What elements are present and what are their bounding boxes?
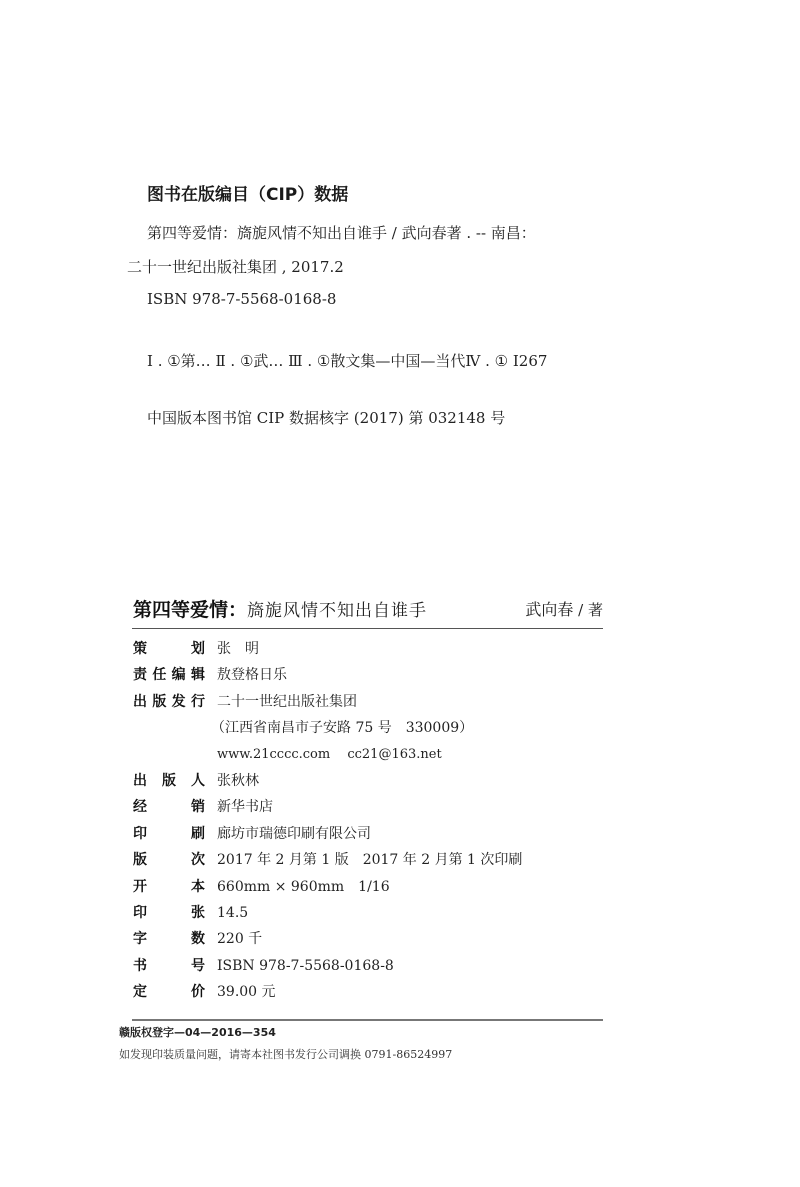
book-subtitle: 旖旎风情不知出自谁手 [247,601,427,621]
book-title-line: 第四等爱情：旖旎风情不知出自谁手 [133,595,427,622]
info-label: 印 刷 [133,821,205,847]
info-row-edition: 版 次 2017 年 2 月第 1 版 2017 年 2 月第 1 次印刷 [133,847,603,873]
info-label: 版 次 [133,847,205,873]
info-value: 660mm × 960mm 1/16 [217,874,390,900]
info-value: 220 千 [217,926,262,952]
info-label: 经 销 [133,794,205,820]
info-row-publisher: 出 版 发 行 二十一世纪出版社集团 [133,689,603,715]
cip-record-number: 中国版本图书馆 CIP 数据核字 (2017) 第 032148 号 [147,407,505,428]
info-label: 书 号 [133,953,205,979]
info-row-planning: 策 划 张 明 [133,636,603,662]
info-value: 张秋林 [217,768,259,794]
author-name: 武向春 [525,600,573,619]
title-separator: ： [228,599,247,621]
author-role: / 著 [573,601,603,619]
info-value: ISBN 978-7-5568-0168-8 [217,953,394,979]
info-row-printer: 印 刷 廊坊市瑞德印刷有限公司 [133,821,603,847]
info-row-publisher-web: www.21cccc.com cc21@163.net [133,742,603,768]
cip-catalog-line-2: 二十一世纪出版社集团 , 2017.2 [127,256,344,277]
info-row-publisher-address: （江西省南昌市子安路 75 号 330009） [133,715,603,741]
info-row-format: 开 本 660mm × 960mm 1/16 [133,874,603,900]
info-row-price: 定 价 39.00 元 [133,979,603,1005]
info-label: 字 数 [133,926,205,952]
info-value: 2017 年 2 月第 1 版 2017 年 2 月第 1 次印刷 [217,847,522,873]
publisher-address: （江西省南昌市子安路 75 号 330009） [211,715,473,741]
info-label: 开 本 [133,874,205,900]
cip-heading: 图书在版编目（CIP）数据 [147,180,348,205]
publisher-web-email: www.21cccc.com cc21@163.net [217,742,442,768]
info-row-book-number: 书 号 ISBN 978-7-5568-0168-8 [133,953,603,979]
publication-info: 策 划 张 明 责 任 编 辑 敖登格日乐 出 版 发 行 二十一世纪出版社集团… [133,636,603,1005]
copyright-registration: 赣版权登字—04—2016—354 [119,1024,276,1040]
author-credit: 武向春 / 著 [525,597,603,620]
info-row-editor: 责 任 编 辑 敖登格日乐 [133,662,603,688]
info-label: 定 价 [133,979,205,1005]
info-value: 敖登格日乐 [217,662,287,688]
cip-classification: Ⅰ . ①第… Ⅱ . ①武… Ⅲ . ①散文集—中国—当代Ⅳ . ① I267 [147,350,547,371]
cip-isbn: ISBN 978-7-5568-0168-8 [147,290,336,308]
info-value: 14.5 [217,900,248,926]
info-value: 39.00 元 [217,979,276,1005]
info-label: 出 版 发 行 [133,689,205,715]
header-divider [132,628,603,629]
info-label: 策 划 [133,636,205,662]
footer-divider [132,1019,603,1021]
info-label: 印 张 [133,900,205,926]
info-row-word-count: 字 数 220 千 [133,926,603,952]
info-value: 廊坊市瑞德印刷有限公司 [217,821,371,847]
info-value: 二十一世纪出版社集团 [217,689,357,715]
info-value: 新华书店 [217,794,273,820]
book-title: 第四等爱情 [133,599,228,621]
cip-catalog-line-1: 第四等爱情：旖旎风情不知出自谁手 / 武向春著 . -- 南昌： [147,222,536,243]
info-value: 张 明 [217,636,259,662]
quality-notice: 如发现印装质量问题，请寄本社图书发行公司调换 0791-86524997 [119,1046,452,1062]
info-row-issuer: 出 版 人 张秋林 [133,768,603,794]
info-row-distributor: 经 销 新华书店 [133,794,603,820]
info-label: 责 任 编 辑 [133,662,205,688]
info-label: 出 版 人 [133,768,205,794]
info-row-sheets: 印 张 14.5 [133,900,603,926]
